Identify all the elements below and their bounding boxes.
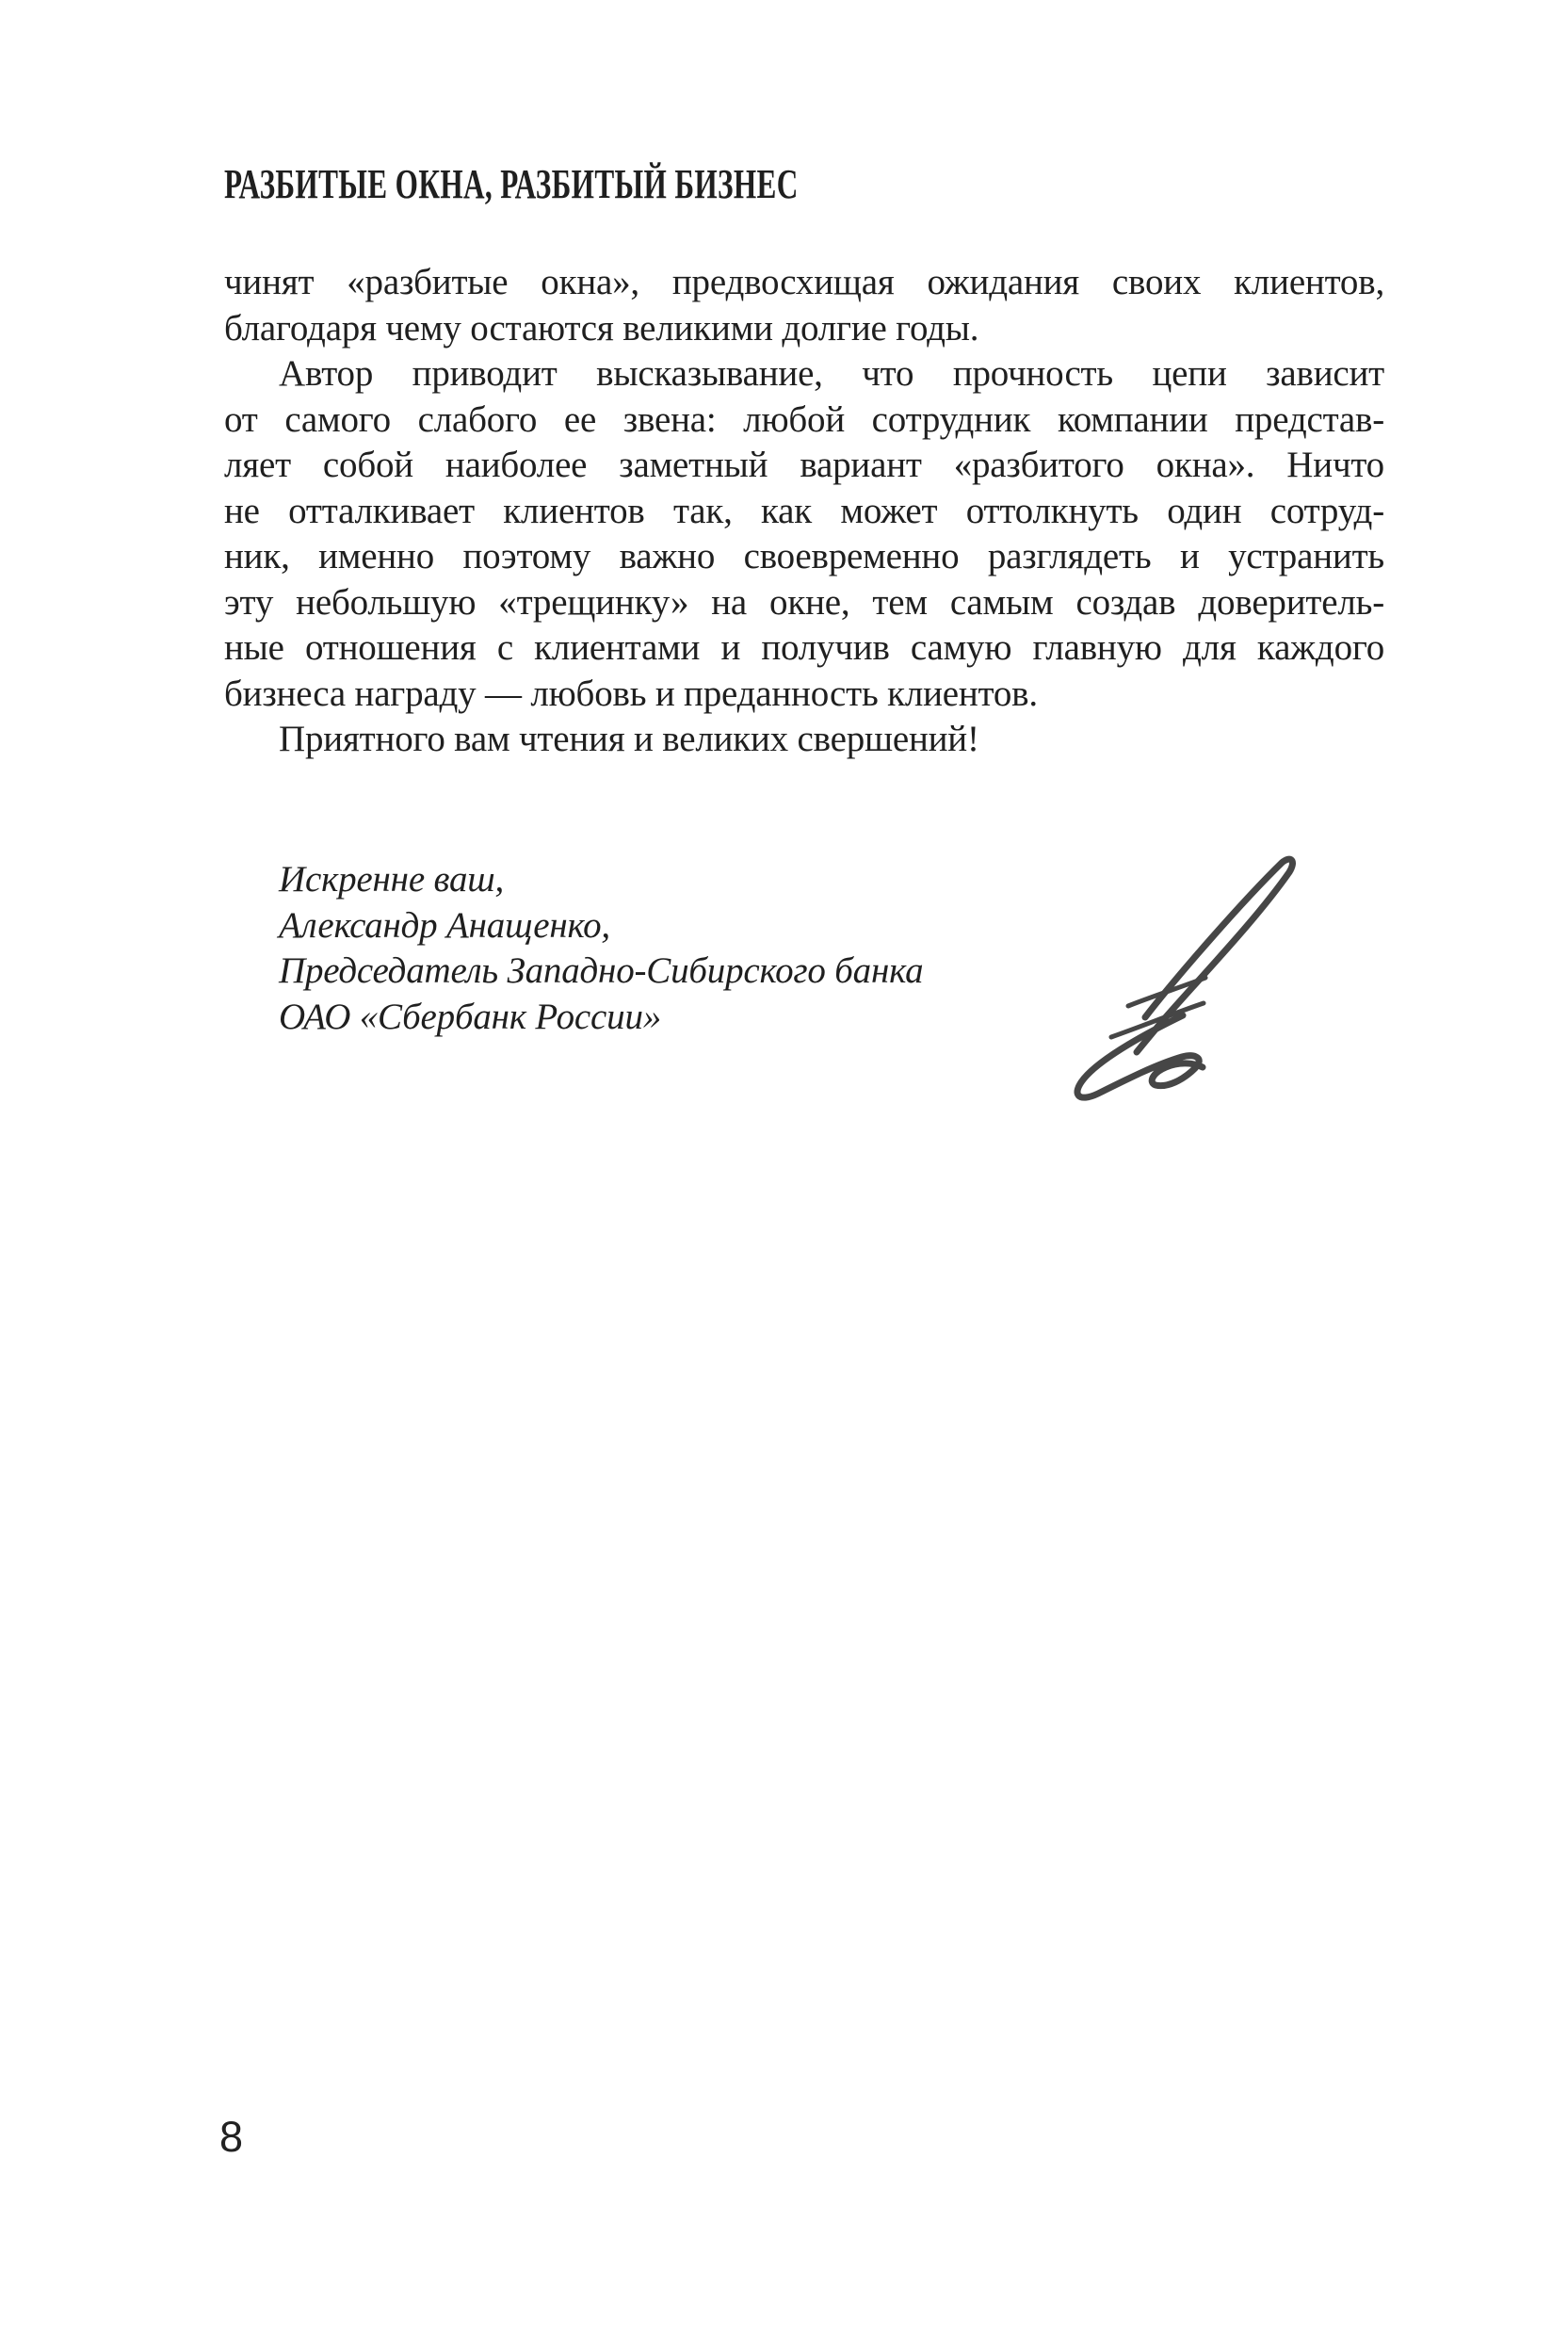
body-line: не отталкивает клиентов так, как может о… — [224, 489, 1384, 535]
running-header: РАЗБИТЫЕ ОКНА, РАЗБИТЫЙ БИЗНЕС — [224, 160, 799, 208]
signature-line: Председатель Западно-Сибирского банка — [279, 949, 923, 995]
signature-line: Искренне ваш, — [279, 857, 923, 903]
body-line: от самого слабого ее звена: любой сотруд… — [224, 397, 1384, 444]
body-line: ные отношения с клиентами и получив саму… — [224, 625, 1384, 672]
body-line: благодаря чему остаются великими долгие … — [224, 306, 1384, 352]
body-line: ляет собой наиболее заметный вариант «ра… — [224, 443, 1384, 489]
signature-block: Искренне ваш, Александр Анащенко, Предсе… — [279, 857, 923, 1040]
body-text: чинят «разбитые окна», предвосхищая ожид… — [224, 260, 1384, 763]
page: РАЗБИТЫЕ ОКНА, РАЗБИТЫЙ БИЗНЕС чинят «ра… — [0, 0, 1568, 2336]
signature-line: ОАО «Сбербанк России» — [279, 995, 923, 1041]
body-line: эту небольшую «трещинку» на окне, тем са… — [224, 580, 1384, 626]
body-line: бизнеса награду — любовь и преданность к… — [224, 672, 1384, 718]
body-line: чинят «разбитые окна», предвосхищая ожид… — [224, 260, 1384, 306]
handwritten-signature-graphic — [1062, 850, 1309, 1115]
signature-line: Александр Анащенко, — [279, 903, 923, 949]
page-number: 8 — [219, 2116, 243, 2158]
body-line: Автор приводит высказывание, что прочнос… — [224, 351, 1384, 397]
body-line: ник, именно поэтому важно своевременно р… — [224, 534, 1384, 580]
body-line: Приятного вам чтения и великих свершений… — [224, 717, 1384, 763]
